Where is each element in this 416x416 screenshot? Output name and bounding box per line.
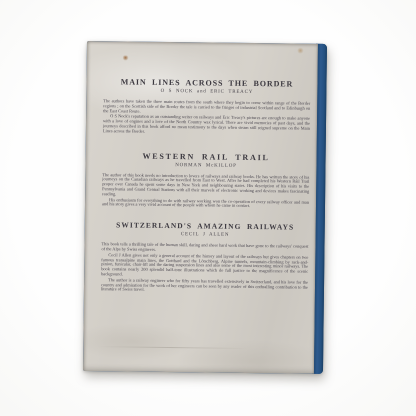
photo-background: MAIN LINES ACROSS THE BORDER O S NOCK an… [0,0,416,416]
blurb-paragraph: The author of this book needs no introdu… [102,173,309,200]
blurb-paragraph: The author is a railway engineer who for… [101,278,308,295]
book-authors: O S NOCK and ERIC TREACY [103,88,310,97]
jacket-blurb: MAIN LINES ACROSS THE BORDER O S NOCK an… [101,41,311,296]
book-authors: NORMAN McKILLOP [102,162,309,171]
blurb-body: This book tells a thrilling tale of the … [101,242,309,294]
book: MAIN LINES ACROSS THE BORDER O S NOCK an… [83,41,327,374]
blurb-section-switzerlands-amazing-railways: SWITZERLAND'S AMAZING RAILWAYS CECIL J A… [101,220,309,294]
book-title: SWITZERLAND'S AMAZING RAILWAYS [102,220,309,232]
blurb-section-western-rail-trail: WESTERN RAIL TRAIL NORMAN McKILLOP The a… [102,151,310,210]
blurb-body: The author of this book needs no introdu… [102,173,309,210]
book-title: MAIN LINES ACROSS THE BORDER [103,77,310,89]
jacket-crease [97,346,247,349]
blurb-paragraph: O S Nock's reputation as an outstanding … [103,115,310,137]
blurb-paragraph: Cecil J Allen gives not only a general a… [101,253,308,280]
book-authors: CECIL J ALLEN [102,231,309,240]
book-title: WESTERN RAIL TRAIL [103,151,310,163]
blurb-body: The authors have taken the three main ro… [103,99,310,136]
blurb-section-main-lines: MAIN LINES ACROSS THE BORDER O S NOCK an… [103,77,311,136]
book-back-cover: MAIN LINES ACROSS THE BORDER O S NOCK an… [83,41,318,374]
blurb-paragraph: His enthusiasm for everything to do with… [102,198,309,210]
